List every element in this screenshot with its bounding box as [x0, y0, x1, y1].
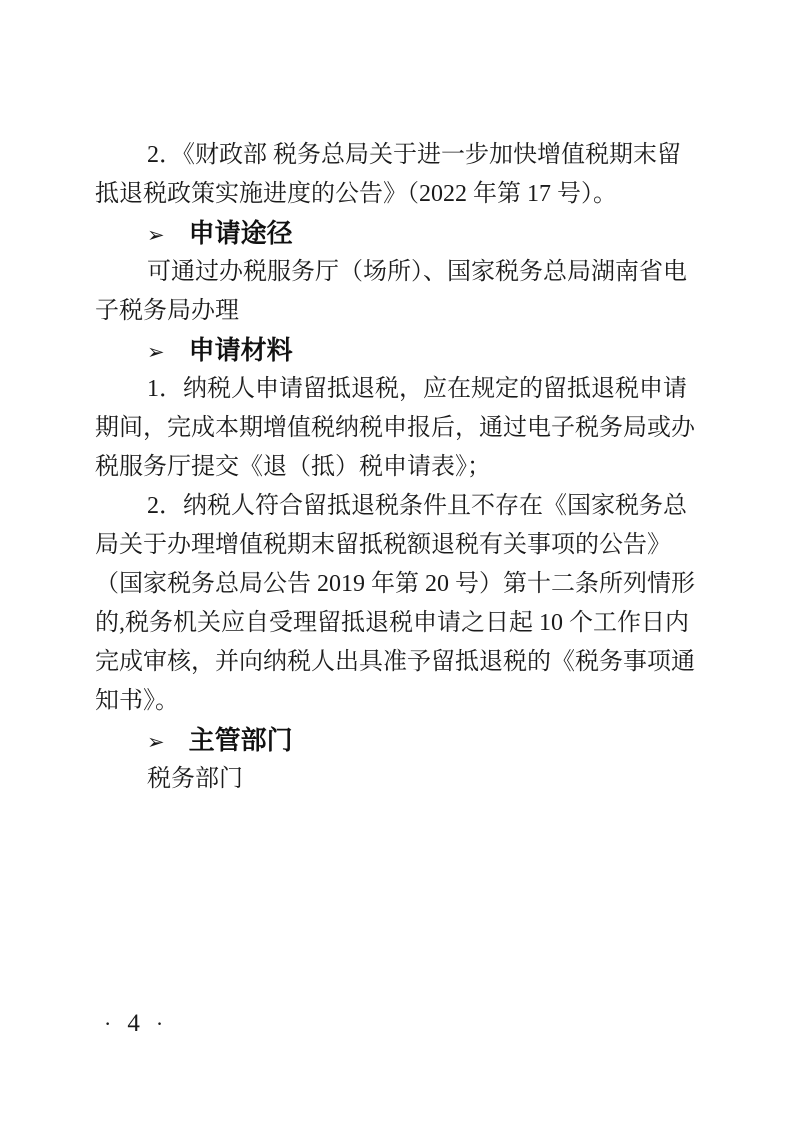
arrow-bullet-icon: ➢: [147, 223, 165, 247]
body-text-line: 知书》。: [95, 682, 701, 721]
arrow-bullet-icon: ➢: [147, 730, 165, 754]
body-text-line: 的,税务机关应自受理留抵退税申请之日起 10 个工作日内: [95, 604, 701, 643]
heading-application-materials: ➢申请材料: [95, 331, 701, 370]
body-text-line: 抵退税政策实施进度的公告》（2022 年第 17 号）。: [95, 175, 701, 214]
page-number-dot-left: ·: [104, 1011, 111, 1037]
body-text-line: 可通过办税服务厅（场所）、国家税务总局湖南省电: [95, 253, 701, 292]
body-text-line: 完成审核，并向纳税人出具准予留抵退税的《税务事项通: [95, 643, 701, 682]
body-text-line: 税服务厅提交《退（抵）税申请表》；: [95, 448, 701, 487]
body-text-line: 局关于办理增值税期末留抵税额退税有关事项的公告》: [95, 526, 701, 565]
heading-label: 主管部门: [189, 725, 293, 755]
heading-label: 申请途径: [189, 218, 293, 248]
body-text-line: 2．纳税人符合留抵退税条件且不存在《国家税务总: [95, 487, 701, 526]
heading-competent-department: ➢主管部门: [95, 721, 701, 760]
body-text-line: 子税务局办理: [95, 292, 701, 331]
body-text-line: 税务部门: [95, 760, 701, 799]
body-text-line: 2．《财政部 税务总局关于进一步加快增值税期末留: [95, 136, 701, 175]
body-text-line: （国家税务总局公告 2019 年第 20 号）第十二条所列情形: [95, 565, 701, 604]
heading-label: 申请材料: [189, 335, 293, 365]
page-number-dot-right: ·: [156, 1011, 163, 1037]
heading-application-channel: ➢申请途径: [95, 214, 701, 253]
page-number: 4: [127, 1010, 140, 1038]
document-content: 2．《财政部 税务总局关于进一步加快增值税期末留 抵退税政策实施进度的公告》（2…: [95, 136, 701, 799]
page-footer: · 4 ·: [104, 1006, 163, 1042]
arrow-bullet-icon: ➢: [147, 340, 165, 364]
body-text-line: 1．纳税人申请留抵退税，应在规定的留抵退税申请: [95, 370, 701, 409]
document-page: 2．《财政部 税务总局关于进一步加快增值税期末留 抵退税政策实施进度的公告》（2…: [0, 0, 793, 1122]
body-text-line: 期间，完成本期增值税纳税申报后，通过电子税务局或办: [95, 409, 701, 448]
